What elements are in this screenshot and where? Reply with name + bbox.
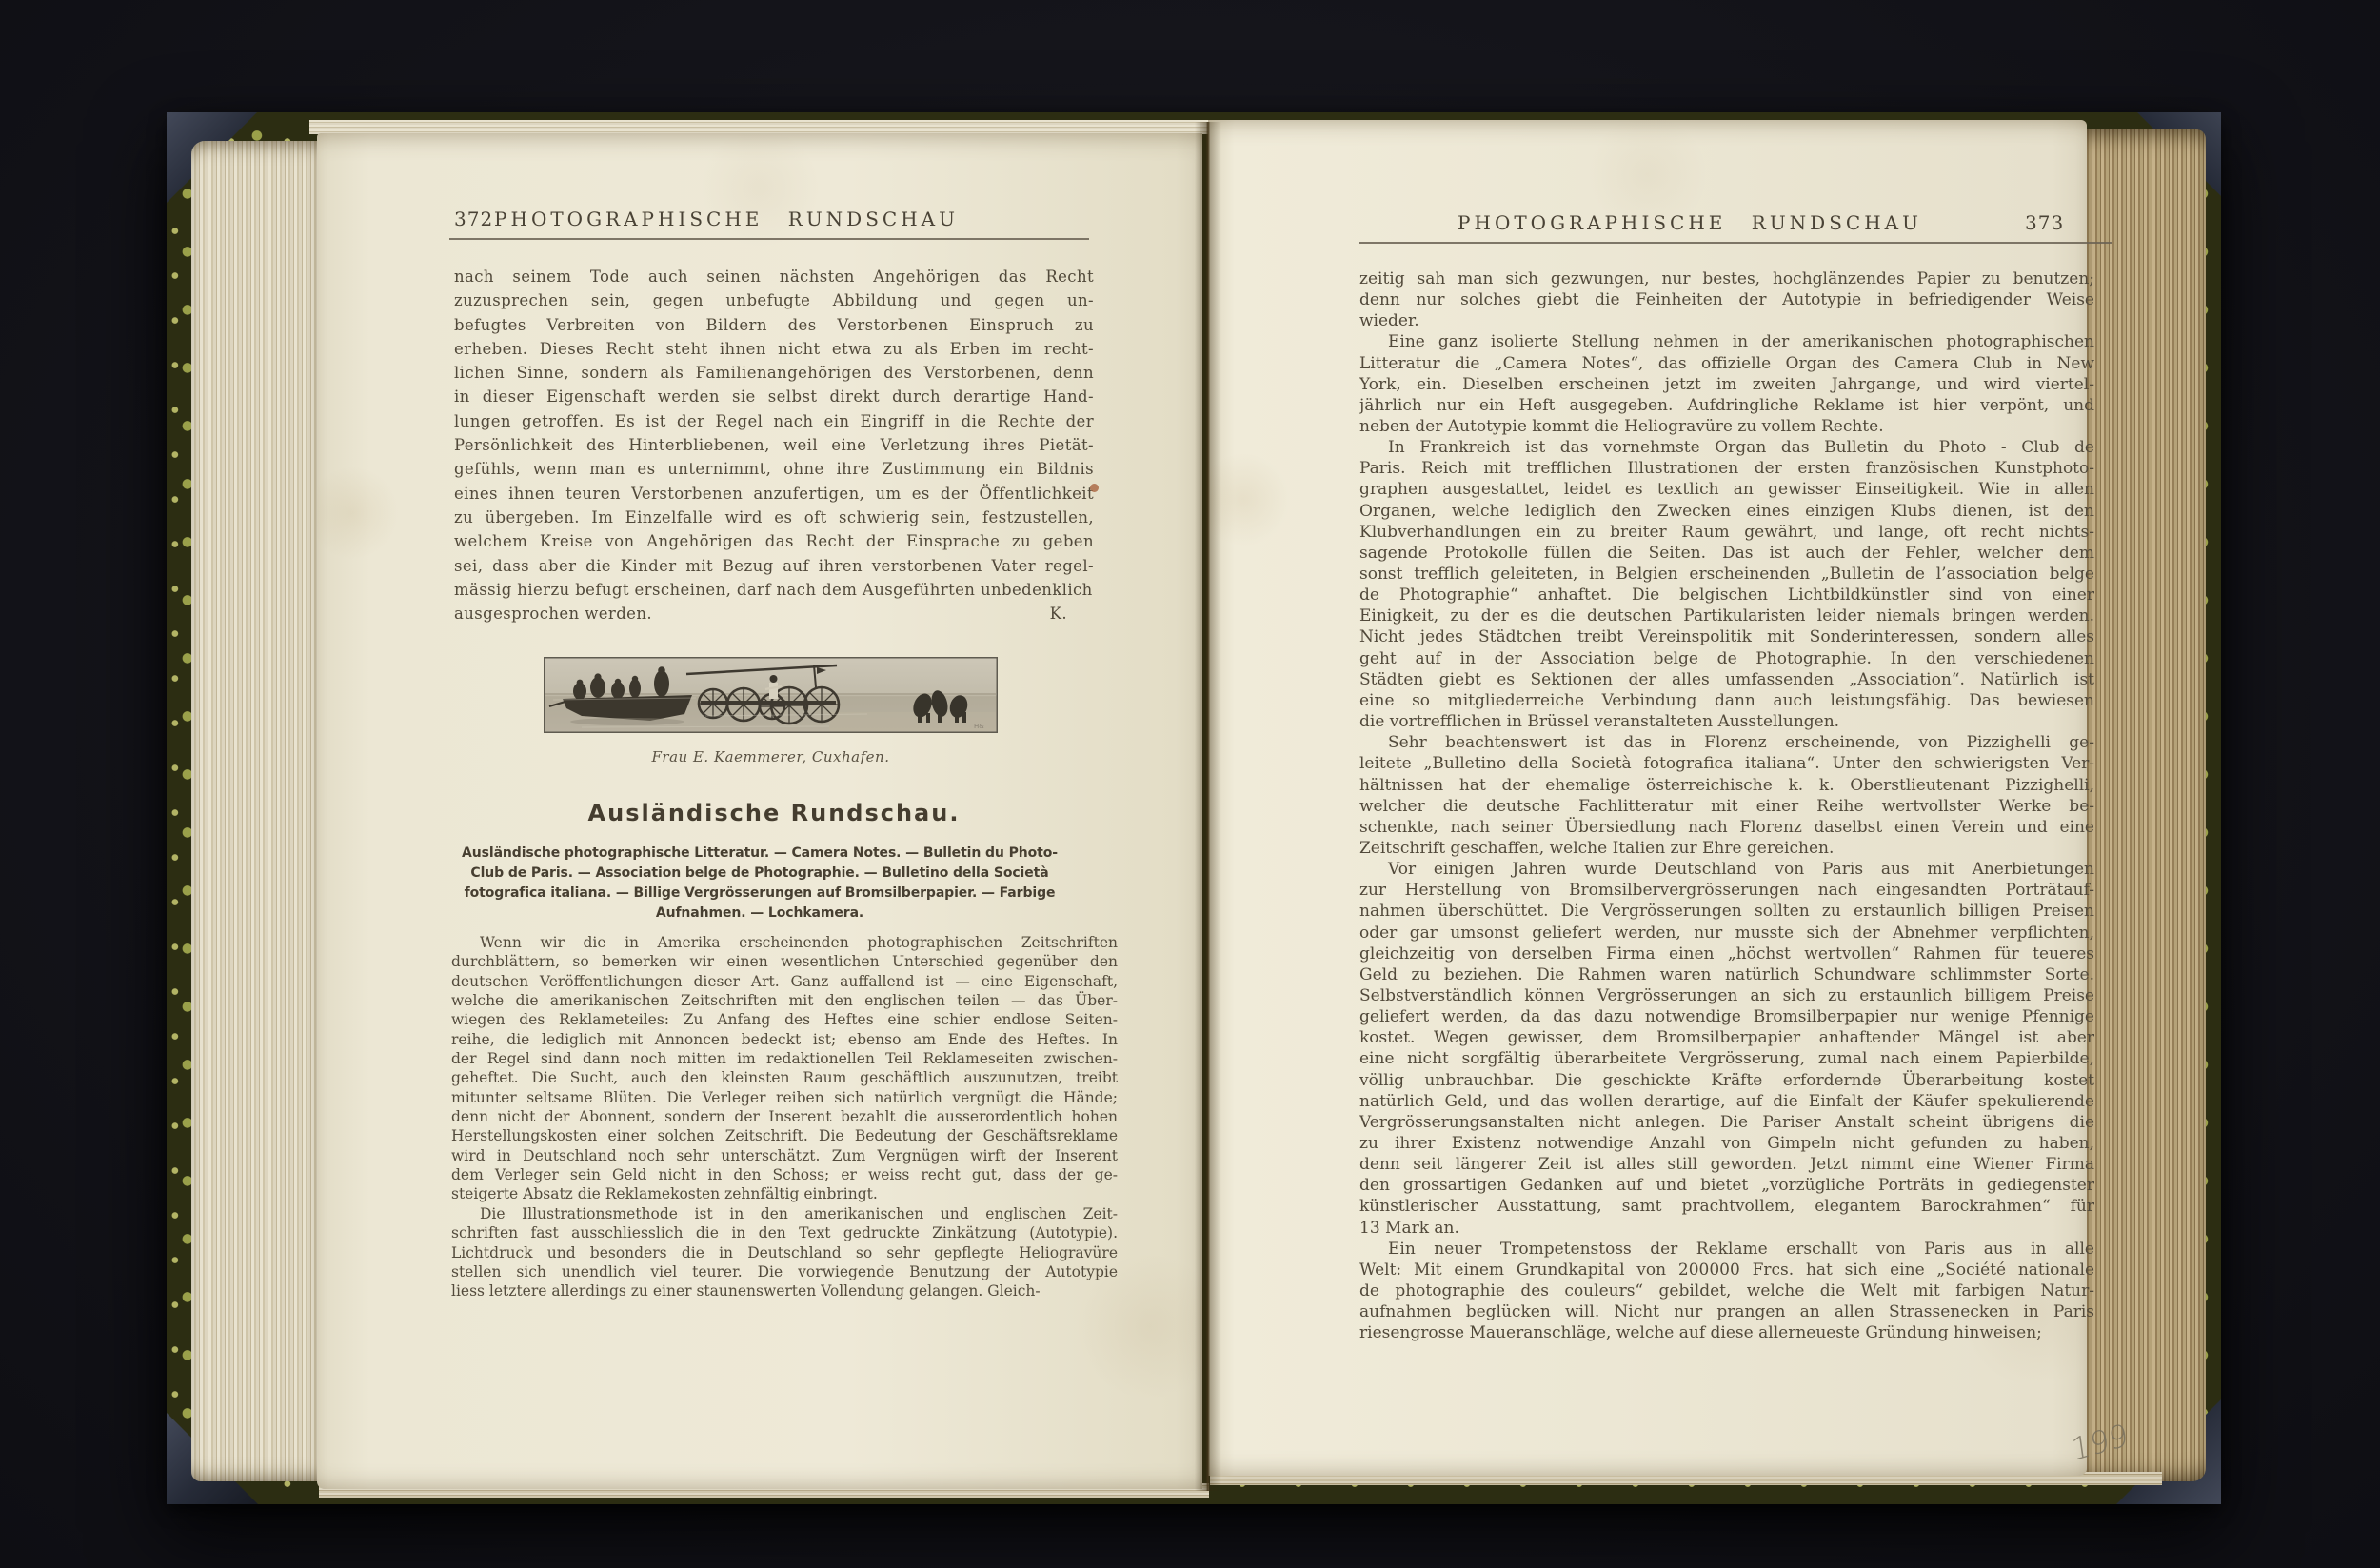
text-line: zeitig sah man sich gezwungen, nur beste… bbox=[1359, 268, 2094, 289]
text-line: Eine ganz isolierte Stellung nehmen in d… bbox=[1359, 331, 2094, 352]
photograph-boat-scene: H& bbox=[544, 657, 998, 733]
text-line: lichen Sinne, sondern als Familienangehö… bbox=[454, 361, 1094, 385]
page-number: 373 bbox=[2025, 211, 2064, 234]
text-line: wiegen des Reklameteiles: Zu Anfang des … bbox=[451, 1010, 1118, 1029]
author-initial: K. bbox=[1050, 602, 1067, 625]
text-line: deutschen Veröffentlichungen dieser Art.… bbox=[451, 972, 1118, 991]
text-line: Ein neuer Trompetenstoss der Reklame ers… bbox=[1359, 1239, 2094, 1260]
paragraph: Eine ganz isolierte Stellung nehmen in d… bbox=[1359, 331, 2094, 437]
text-line: hältnissen hat der ehemalige österreichi… bbox=[1359, 775, 2094, 796]
text-line: eine nicht sorgfältig überarbeitete Verg… bbox=[1359, 1048, 2094, 1069]
text-line: geliefert werden, da das dazu notwendige… bbox=[1359, 1006, 2094, 1027]
text-line: stellen sich unendlich viel teurer. Die … bbox=[451, 1262, 1118, 1281]
text-line: sagende Protokolle füllen die Seiten. Da… bbox=[1359, 543, 2094, 564]
text-line: gleichzeitig von derselben Firma einen „… bbox=[1359, 943, 2094, 964]
text-line: der Regel sind dann noch mitten im redak… bbox=[451, 1049, 1118, 1068]
photo-credit-mark: H& bbox=[974, 723, 984, 730]
text-line: natürlich Geld, und das wollen derartige… bbox=[1359, 1091, 2094, 1112]
text-line: Einigkeit, zu der es die deutschen Parti… bbox=[1359, 605, 2094, 626]
paragraph: Ein neuer Trompetenstoss der Reklame ers… bbox=[1359, 1239, 2094, 1344]
closing-text: ausgesprochen werden. bbox=[454, 602, 652, 625]
body-paragraph: Die Illustrationsmethode ist in den amer… bbox=[451, 1204, 1118, 1301]
text-line: Geld zu beziehen. Die Rahmen waren natür… bbox=[1359, 964, 2094, 985]
text-line: geheftet. Die Sucht, auch den kleinsten … bbox=[451, 1068, 1118, 1087]
text-line: Welt: Mit einem Grundkapital von 200000 … bbox=[1359, 1260, 2094, 1280]
foxing-spot bbox=[1090, 484, 1099, 492]
text-line: mässig hierzu befugt erscheinen, darf na… bbox=[454, 578, 1094, 602]
text-line: Persönlichkeit des Hinterbliebenen, weil… bbox=[454, 433, 1094, 457]
text-line: durchblättern, so bemerken wir einen wes… bbox=[451, 952, 1118, 971]
header-rule bbox=[1359, 242, 2112, 244]
text-line: zur Herstellung von Bromsilbervergrösser… bbox=[1359, 880, 2094, 901]
photo-caption: Frau E. Kaemmerer, Cuxhafen. bbox=[544, 748, 998, 765]
text-line: reihe, die lediglich mit Annoncen bedeck… bbox=[451, 1030, 1118, 1049]
text-line: leitete „Bulletino della Società fotogra… bbox=[1359, 753, 2094, 774]
text-line: jährlich nur ein Heft ausgegeben. Aufdri… bbox=[1359, 395, 2094, 416]
running-title: PHOTOGRAPHISCHE RUNDSCHAU bbox=[393, 208, 1060, 230]
header-rule bbox=[449, 238, 1089, 240]
body-paragraph: Wenn wir die in Amerika erscheinenden ph… bbox=[451, 933, 1118, 1204]
lead-paragraph-closing: ausgesprochen werden. K. bbox=[454, 602, 1094, 625]
paragraph: Sehr beachtenswert ist das in Florenz er… bbox=[1359, 732, 2094, 859]
paragraph: Vor einigen Jahren wurde Deutschland von… bbox=[1359, 859, 2094, 1239]
text-line: denn nur solches giebt die Feinheiten de… bbox=[1359, 289, 2094, 310]
text-line: Club de Paris. — Association belge de Ph… bbox=[422, 863, 1098, 883]
text-line: Nicht jedes Städtchen treibt Vereinspoli… bbox=[1359, 626, 2094, 647]
text-line: Vergrösserungsanstalten nicht anlegen. D… bbox=[1359, 1112, 2094, 1133]
text-line: schriften fast ausschliesslich die in de… bbox=[451, 1223, 1118, 1242]
text-line: denn seit längerer Zeit ist alles still … bbox=[1359, 1154, 2094, 1175]
photo-illustration: H& bbox=[544, 657, 998, 733]
text-line: befugtes Verbreiten von Bildern des Vers… bbox=[454, 313, 1094, 337]
text-line: Aufnahmen. — Lochkamera. bbox=[422, 903, 1098, 923]
text-line: Sehr beachtenswert ist das in Florenz er… bbox=[1359, 732, 2094, 753]
text-line: Wenn wir die in Amerika erscheinenden ph… bbox=[451, 933, 1118, 952]
text-line: nahmen überschüttet. Die Vergrösserungen… bbox=[1359, 901, 2094, 922]
text-line: Selbstverständlich können Vergrösserunge… bbox=[1359, 985, 2094, 1006]
text-line: Zeitschrift geschaffen, welche Italien z… bbox=[1359, 838, 2094, 859]
text-line: York, ein. Dieselben erscheinen jetzt im… bbox=[1359, 374, 2094, 395]
text-line: Organen, welche lediglich den Zwecken ei… bbox=[1359, 501, 2094, 522]
text-line: Die Illustrationsmethode ist in den amer… bbox=[451, 1204, 1118, 1223]
text-line: de photographie des couleurs“ gebildet, … bbox=[1359, 1280, 2094, 1301]
text-line: graphen ausgestattet, leidet es textlich… bbox=[1359, 479, 2094, 500]
text-line: Herstellungskosten einer solchen Zeitsch… bbox=[451, 1126, 1118, 1145]
text-line: riesengrosse Maueranschläge, welche auf … bbox=[1359, 1322, 2094, 1343]
lead-paragraph: nach seinem Tode auch seinen nächsten An… bbox=[454, 265, 1094, 602]
paragraph: In Frankreich ist das vornehmste Organ d… bbox=[1359, 437, 2094, 732]
running-title: PHOTOGRAPHISCHE RUNDSCHAU bbox=[1322, 211, 2057, 234]
text-line: In Frankreich ist das vornehmste Organ d… bbox=[1359, 437, 2094, 458]
photo-surface: { "scene": { "background_color": "#14141… bbox=[0, 0, 2380, 1568]
text-line: fotografica italiana. — Billige Vergröss… bbox=[422, 883, 1098, 903]
right-page: PHOTOGRAPHISCHE RUNDSCHAU 373 zeitig sah… bbox=[1208, 120, 2087, 1476]
text-line: zuzusprechen sein, gegen unbefugte Abbil… bbox=[454, 288, 1094, 312]
section-title: Ausländische Rundschau. bbox=[408, 800, 1140, 826]
text-line: völlig unbrauchbar. Die geschickte Kräft… bbox=[1359, 1070, 2094, 1091]
text-line: wieder. bbox=[1359, 310, 2094, 331]
text-line: neben der Autotypie kommt die Heliogravü… bbox=[1359, 416, 2094, 437]
text-line: eine so mitgliederreiche Verbindung dann… bbox=[1359, 690, 2094, 711]
text-line: den grossartigen Gedanken auf und bietet… bbox=[1359, 1175, 2094, 1196]
text-line: mitunter seltsame Blüten. Die Verleger r… bbox=[451, 1088, 1118, 1107]
page-stack-left-edge bbox=[191, 141, 317, 1481]
text-line: schenkte, nach seiner Übersiedlung nach … bbox=[1359, 817, 2094, 838]
text-line: Paris. Reich mit trefflichen Illustratio… bbox=[1359, 458, 2094, 479]
text-line: Klubverhandlungen ein zu breiter Raum ge… bbox=[1359, 522, 2094, 543]
text-line: aufnahmen beglücken will. Nicht nur pran… bbox=[1359, 1301, 2094, 1322]
text-line: Ausländische photographische Litteratur.… bbox=[422, 844, 1098, 863]
text-line: gefühls, wenn man es unternimmt, ohne ih… bbox=[454, 457, 1094, 481]
text-line: welcher die deutsche Fachlitteratur mit … bbox=[1359, 796, 2094, 817]
text-line: erheben. Dieses Recht steht ihnen nicht … bbox=[454, 337, 1094, 361]
text-line: de Photographie“ anhaftet. Die belgische… bbox=[1359, 585, 2094, 605]
left-page: 372 PHOTOGRAPHISCHE RUNDSCHAU nach seine… bbox=[317, 133, 1202, 1489]
text-line: denn nicht der Abonnent, sondern der Ins… bbox=[451, 1107, 1118, 1126]
text-line: die vortrefflichen in Brüssel veranstalt… bbox=[1359, 711, 2094, 732]
section-abstract: Ausländische photographische Litteratur.… bbox=[422, 844, 1098, 923]
text-line: lungen getroffen. Es ist der Regel nach … bbox=[454, 409, 1094, 433]
paragraph: zeitig sah man sich gezwungen, nur beste… bbox=[1359, 268, 2094, 331]
text-line: wird in Deutschland noch sehr unterschät… bbox=[451, 1146, 1118, 1165]
text-line: oder gar umsonst geliefert werden, nur m… bbox=[1359, 923, 2094, 943]
text-line: zu ihrer Existenz notwendige Anzahl von … bbox=[1359, 1133, 2094, 1154]
text-line: Litteratur die „Camera Notes“, das offiz… bbox=[1359, 353, 2094, 374]
text-line: nach seinem Tode auch seinen nächsten An… bbox=[454, 265, 1094, 288]
text-line: dem Verleger sein Geld nicht in den Scho… bbox=[451, 1165, 1118, 1184]
text-line: 13 Mark an. bbox=[1359, 1218, 2094, 1239]
text-line: in dieser Eigenschaft werden sie selbst … bbox=[454, 385, 1094, 408]
text-line: Vor einigen Jahren wurde Deutschland von… bbox=[1359, 859, 2094, 880]
text-line: sonst trefflich geleiteten, in Belgien e… bbox=[1359, 564, 2094, 585]
text-line: liess letztere allerdings zu einer staun… bbox=[451, 1281, 1118, 1300]
text-line: sei, dass aber die Kinder mit Bezug auf … bbox=[454, 554, 1094, 578]
page-stack-fore-edge bbox=[2084, 129, 2206, 1481]
open-book: 372 PHOTOGRAPHISCHE RUNDSCHAU nach seine… bbox=[167, 112, 2221, 1504]
text-line: eines ihnen teuren Verstorbenen anzufert… bbox=[454, 482, 1094, 506]
text-line: künstlerischer Ausstattung, samt prachtv… bbox=[1359, 1196, 2094, 1217]
text-line: Lichtdruck und besonders die in Deutschl… bbox=[451, 1243, 1118, 1262]
text-line: Städten giebt es Sektionen der alles umf… bbox=[1359, 669, 2094, 690]
text-line: steigerte Absatz die Reklamekosten zehnf… bbox=[451, 1184, 1118, 1203]
text-line: welche die amerikanischen Zeitschriften … bbox=[451, 991, 1118, 1010]
text-line: geht auf in der Association belge de Pho… bbox=[1359, 648, 2094, 669]
text-line: zu übergeben. Im Einzelfalle wird es oft… bbox=[454, 506, 1094, 529]
text-line: kostet. Wegen gewisser, dem Bromsilberpa… bbox=[1359, 1027, 2094, 1048]
text-line: welchem Kreise von Angehörigen das Recht… bbox=[454, 529, 1094, 553]
